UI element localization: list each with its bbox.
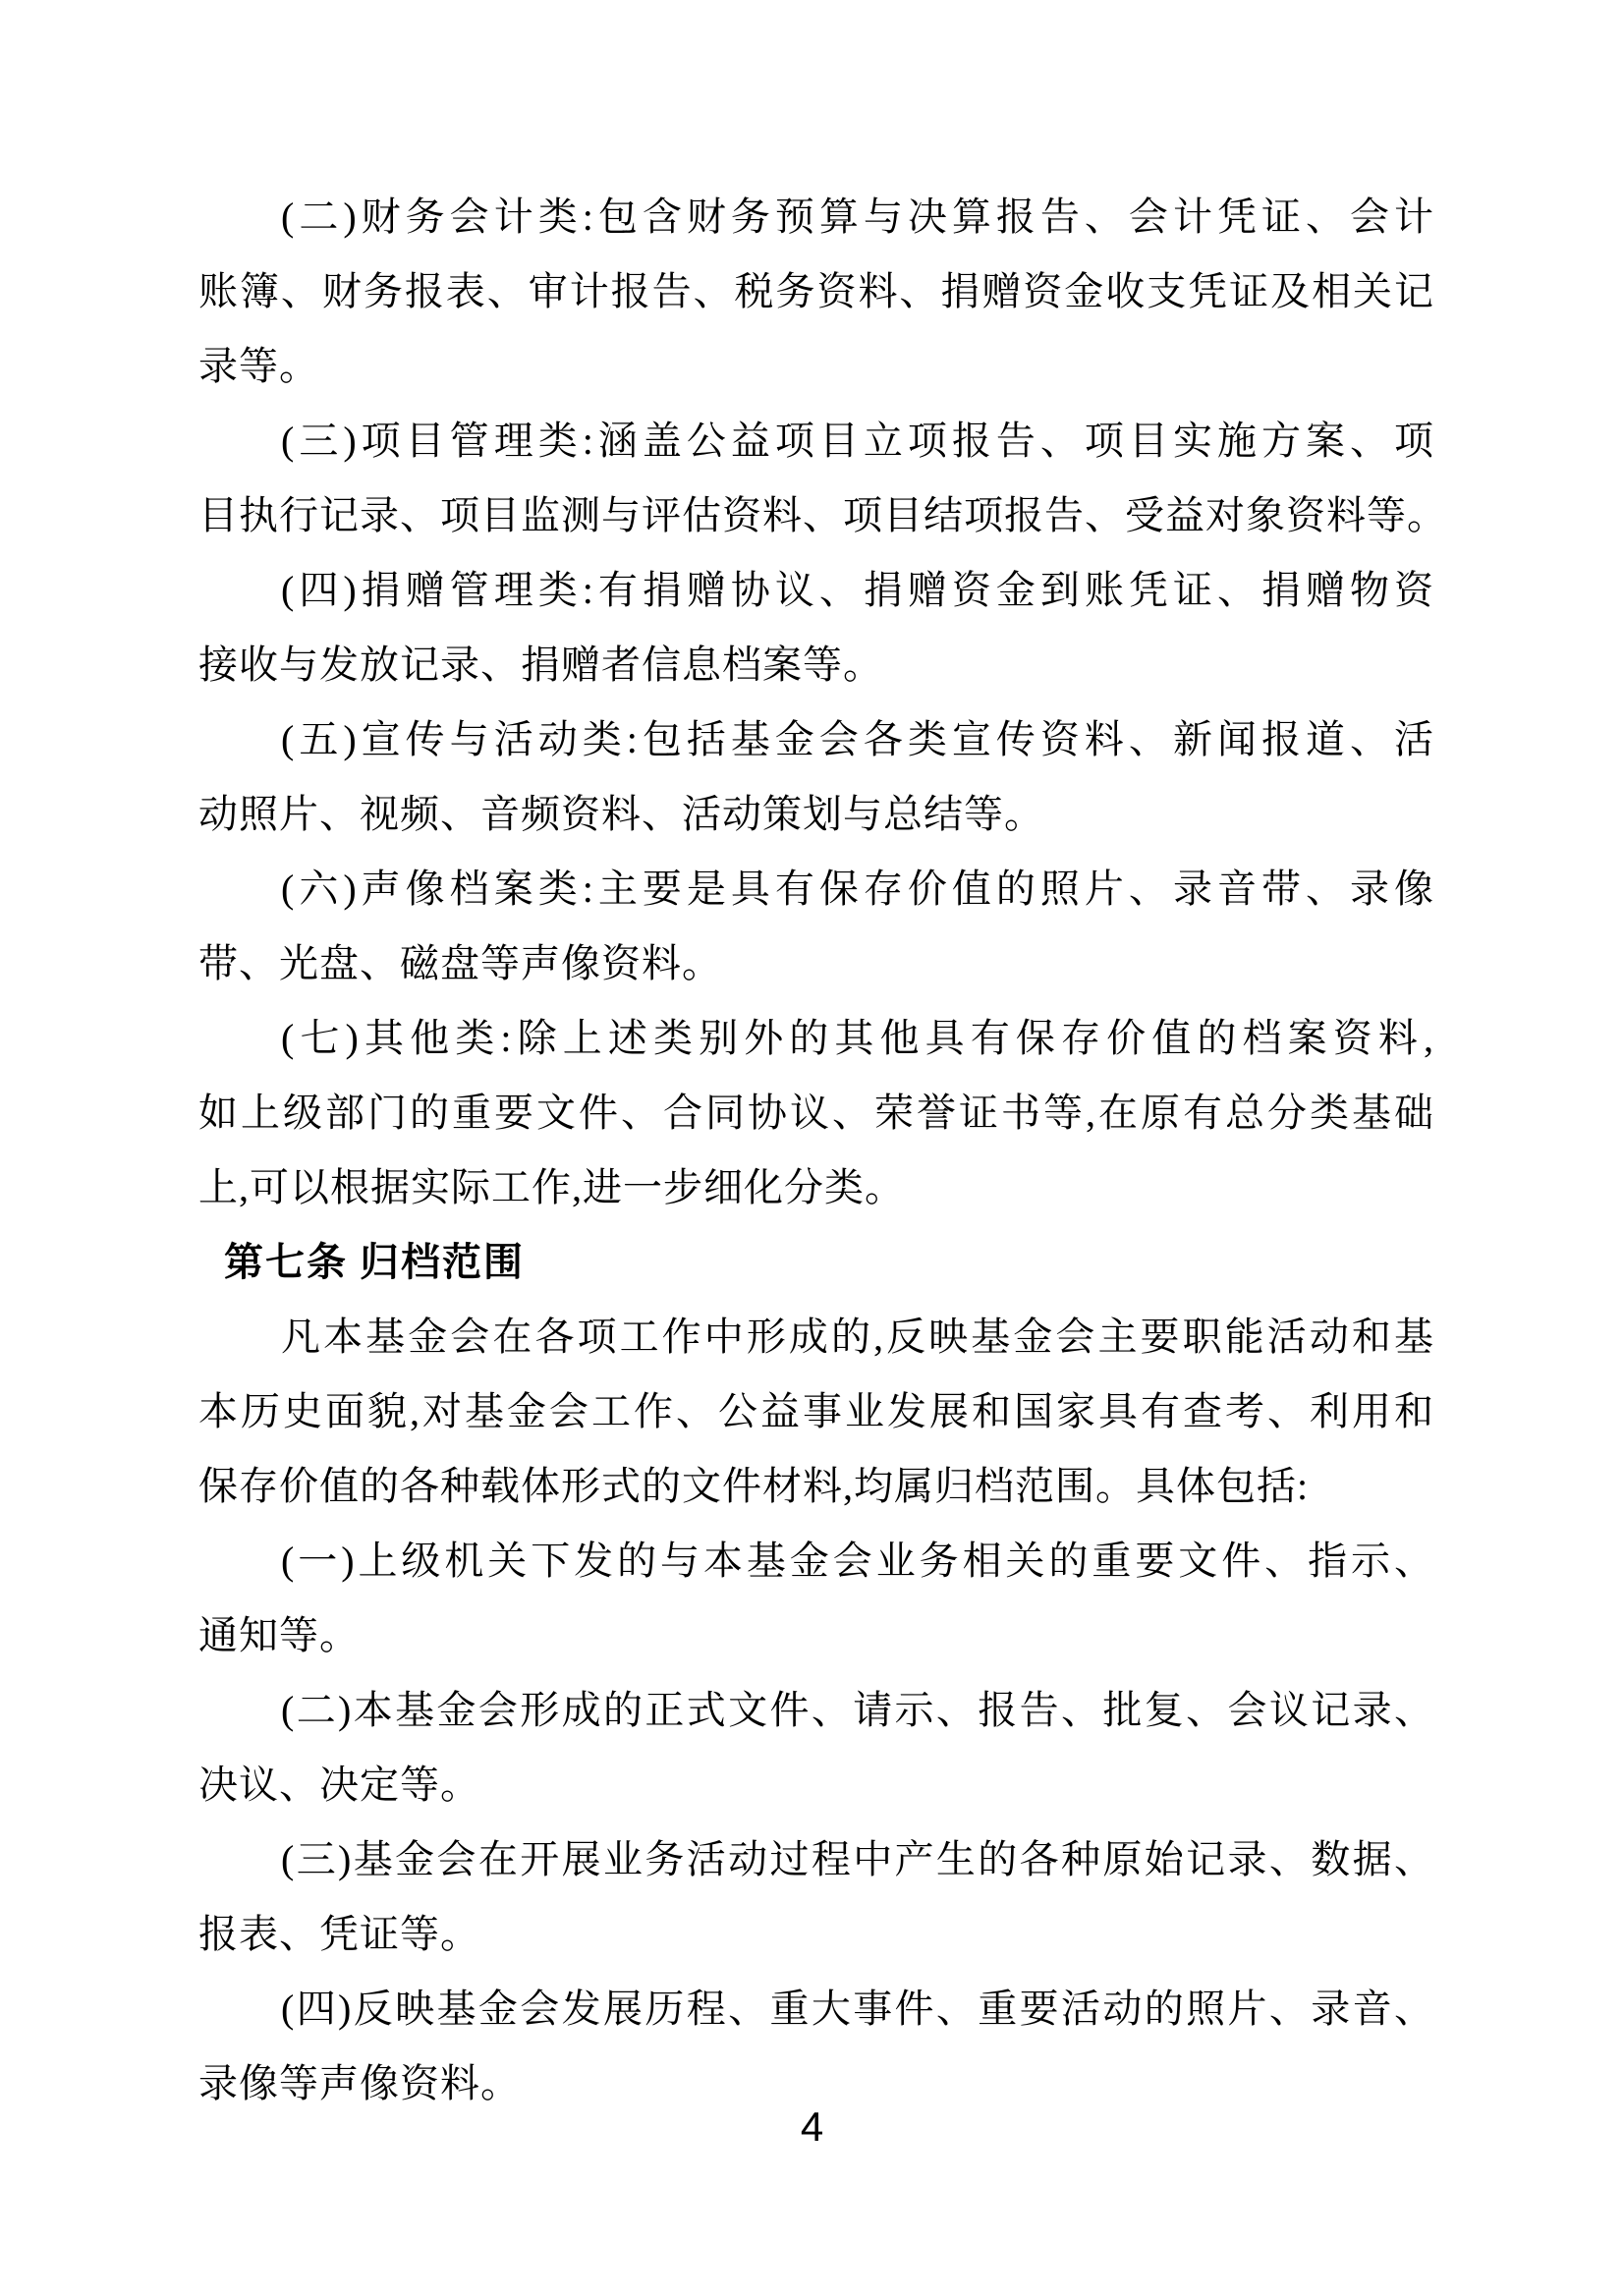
text-line: 凡本基金会在各项工作中形成的,反映基金会主要职能活动和基	[198, 1300, 1434, 1374]
page-number: 4	[0, 2102, 1624, 2152]
text-line: (二)本基金会形成的正式文件、请示、报告、批复、会议记录、	[198, 1673, 1434, 1748]
text-line: (四)捐赠管理类:有捐赠协议、捐赠资金到账凭证、捐赠物资	[198, 553, 1434, 628]
text-line: (五)宣传与活动类:包括基金会各类宣传资料、新闻报道、活	[198, 702, 1434, 777]
text-line: (一)上级机关下发的与本基金会业务相关的重要文件、指示、	[198, 1524, 1434, 1598]
text-line: (三)项目管理类:涵盖公益项目立项报告、项目实施方案、项	[198, 404, 1434, 478]
document-body: (二)财务会计类:包含财务预算与决算报告、会计凭证、会计账簿、财务报表、审计报告…	[198, 180, 1434, 2121]
text-line: 录等。	[198, 329, 1434, 404]
text-line: (三)基金会在开展业务活动过程中产生的各种原始记录、数据、	[198, 1822, 1434, 1897]
text-line: (七)其他类:除上述类别外的其他具有保存价值的档案资料,	[198, 1001, 1434, 1076]
text-line: (二)财务会计类:包含财务预算与决算报告、会计凭证、会计	[198, 180, 1434, 254]
text-line: 如上级部门的重要文件、合同协议、荣誉证书等,在原有总分类基础	[198, 1076, 1434, 1150]
text-line: 决议、决定等。	[198, 1748, 1434, 1822]
text-line: 保存价值的各种载体形式的文件材料,均属归档范围。具体包括:	[198, 1449, 1434, 1524]
text-line: 动照片、视频、音频资料、活动策划与总结等。	[198, 777, 1434, 852]
text-line: (六)声像档案类:主要是具有保存价值的照片、录音带、录像	[198, 852, 1434, 926]
text-line: 接收与发放记录、捐赠者信息档案等。	[198, 628, 1434, 702]
section-heading: 第七条 归档范围	[198, 1225, 1434, 1300]
text-line: 带、光盘、磁盘等声像资料。	[198, 926, 1434, 1001]
document-page: (二)财务会计类:包含财务预算与决算报告、会计凭证、会计账簿、财务报表、审计报告…	[0, 0, 1624, 2296]
text-line: (四)反映基金会发展历程、重大事件、重要活动的照片、录音、	[198, 1972, 1434, 2046]
text-line: 上,可以根据实际工作,进一步细化分类。	[198, 1150, 1434, 1225]
text-line: 本历史面貌,对基金会工作、公益事业发展和国家具有查考、利用和	[198, 1374, 1434, 1449]
text-line: 通知等。	[198, 1598, 1434, 1673]
text-line: 报表、凭证等。	[198, 1897, 1434, 1972]
text-line: 目执行记录、项目监测与评估资料、项目结项报告、受益对象资料等。	[198, 478, 1434, 553]
text-line: 账簿、财务报表、审计报告、税务资料、捐赠资金收支凭证及相关记	[198, 254, 1434, 329]
